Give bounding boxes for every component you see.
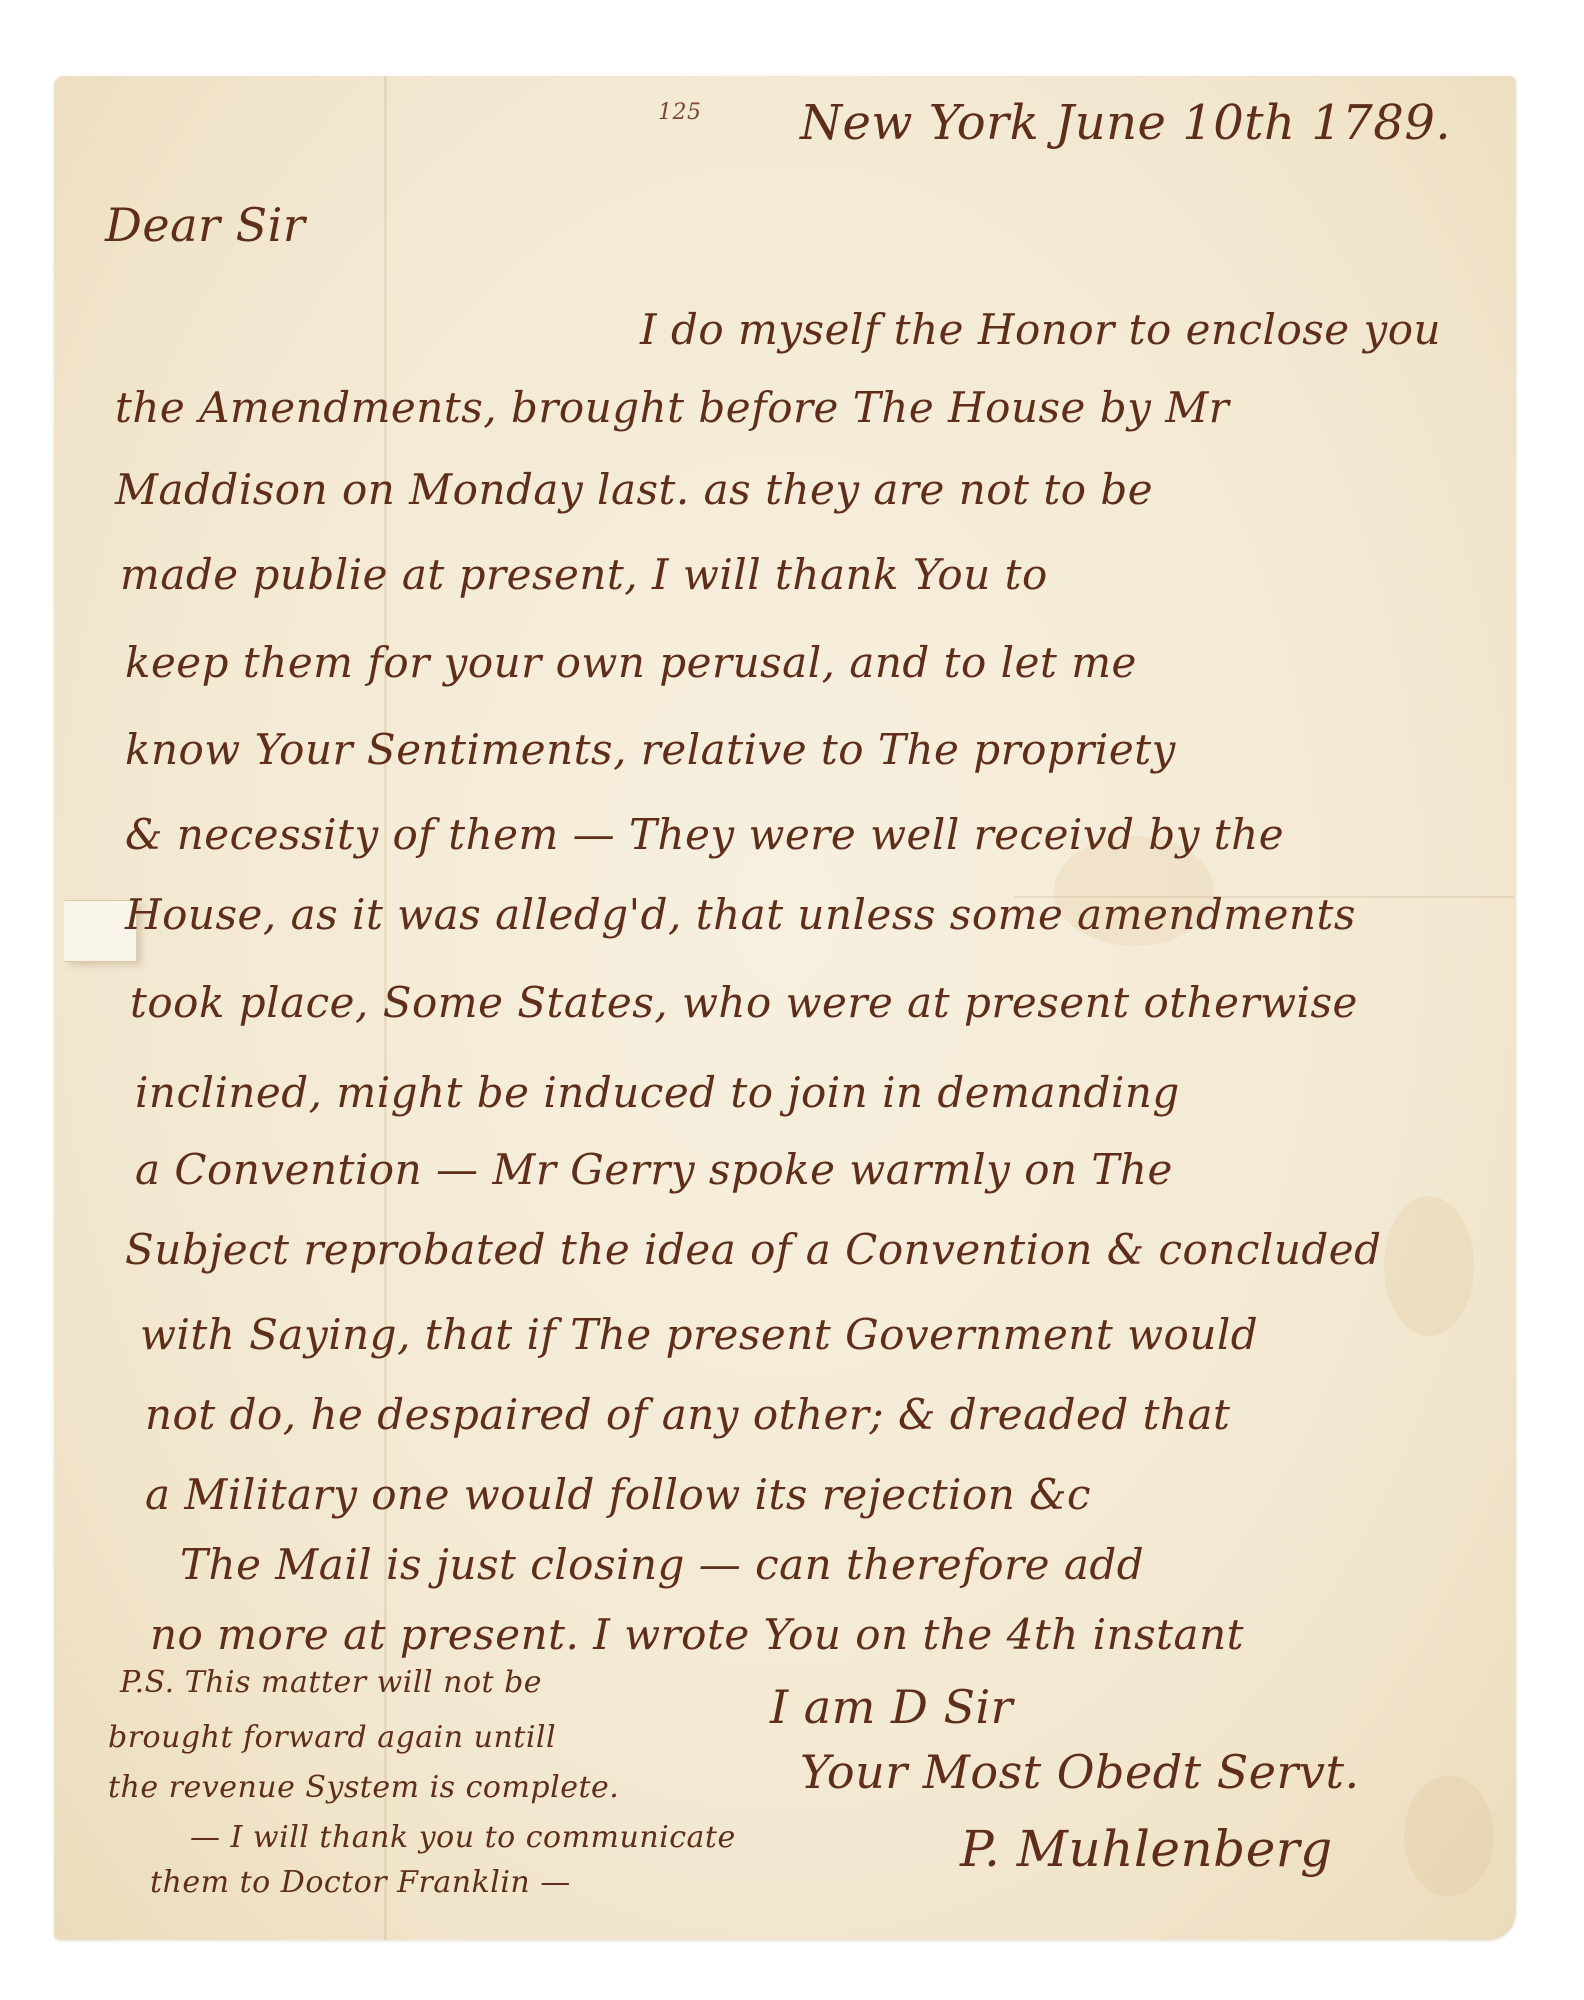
signature: P. Muhlenberg [960, 1820, 1333, 1878]
salutation: Dear Sir [105, 198, 305, 252]
postscript-line: — I will thank you to communicate [190, 1820, 736, 1855]
body-line: The Mail is just closing — can therefore… [180, 1540, 1144, 1589]
page-number: 125 [658, 100, 702, 125]
postscript-line: P.S. This matter will not be [120, 1665, 542, 1700]
postscript-line: the revenue System is complete. [108, 1770, 619, 1805]
body-line: with Saying, that if The present Governm… [140, 1310, 1258, 1359]
water-stain [1404, 1776, 1494, 1896]
body-line: I do myself the Honor to enclose you [640, 305, 1441, 354]
body-line: not do, he despaired of any other; & dre… [145, 1390, 1230, 1439]
postscript-line: brought forward again untill [108, 1720, 556, 1755]
body-line: inclined, might be induced to join in de… [135, 1068, 1180, 1117]
body-line: & necessity of them — They were well rec… [125, 810, 1284, 859]
body-line: no more at present. I wrote You on the 4… [150, 1610, 1244, 1659]
body-line: Maddison on Monday last. as they are not… [115, 465, 1153, 514]
closing-line: I am D Sir [770, 1680, 1013, 1734]
postscript-line: them to Doctor Franklin — [150, 1865, 571, 1900]
body-line: took place, Some States, who were at pre… [130, 978, 1358, 1027]
dateline: New York June 10th 1789. [800, 95, 1451, 151]
closing-line: Your Most Obedt Servt. [800, 1745, 1360, 1799]
body-line: a Convention — Mr Gerry spoke warmly on … [135, 1145, 1173, 1194]
body-line: a Military one would follow its rejectio… [145, 1470, 1091, 1519]
body-line: Subject reprobated the idea of a Convent… [125, 1225, 1382, 1274]
body-line: keep them for your own perusal, and to l… [125, 638, 1137, 687]
body-line: made publie at present, I will thank You… [120, 550, 1048, 599]
body-line: House, as it was alledg'd, that unless s… [125, 890, 1356, 939]
body-line: the Amendments, brought before The House… [115, 383, 1229, 432]
body-line: know Your Sentiments, relative to The pr… [125, 725, 1176, 774]
water-stain [1384, 1196, 1474, 1336]
